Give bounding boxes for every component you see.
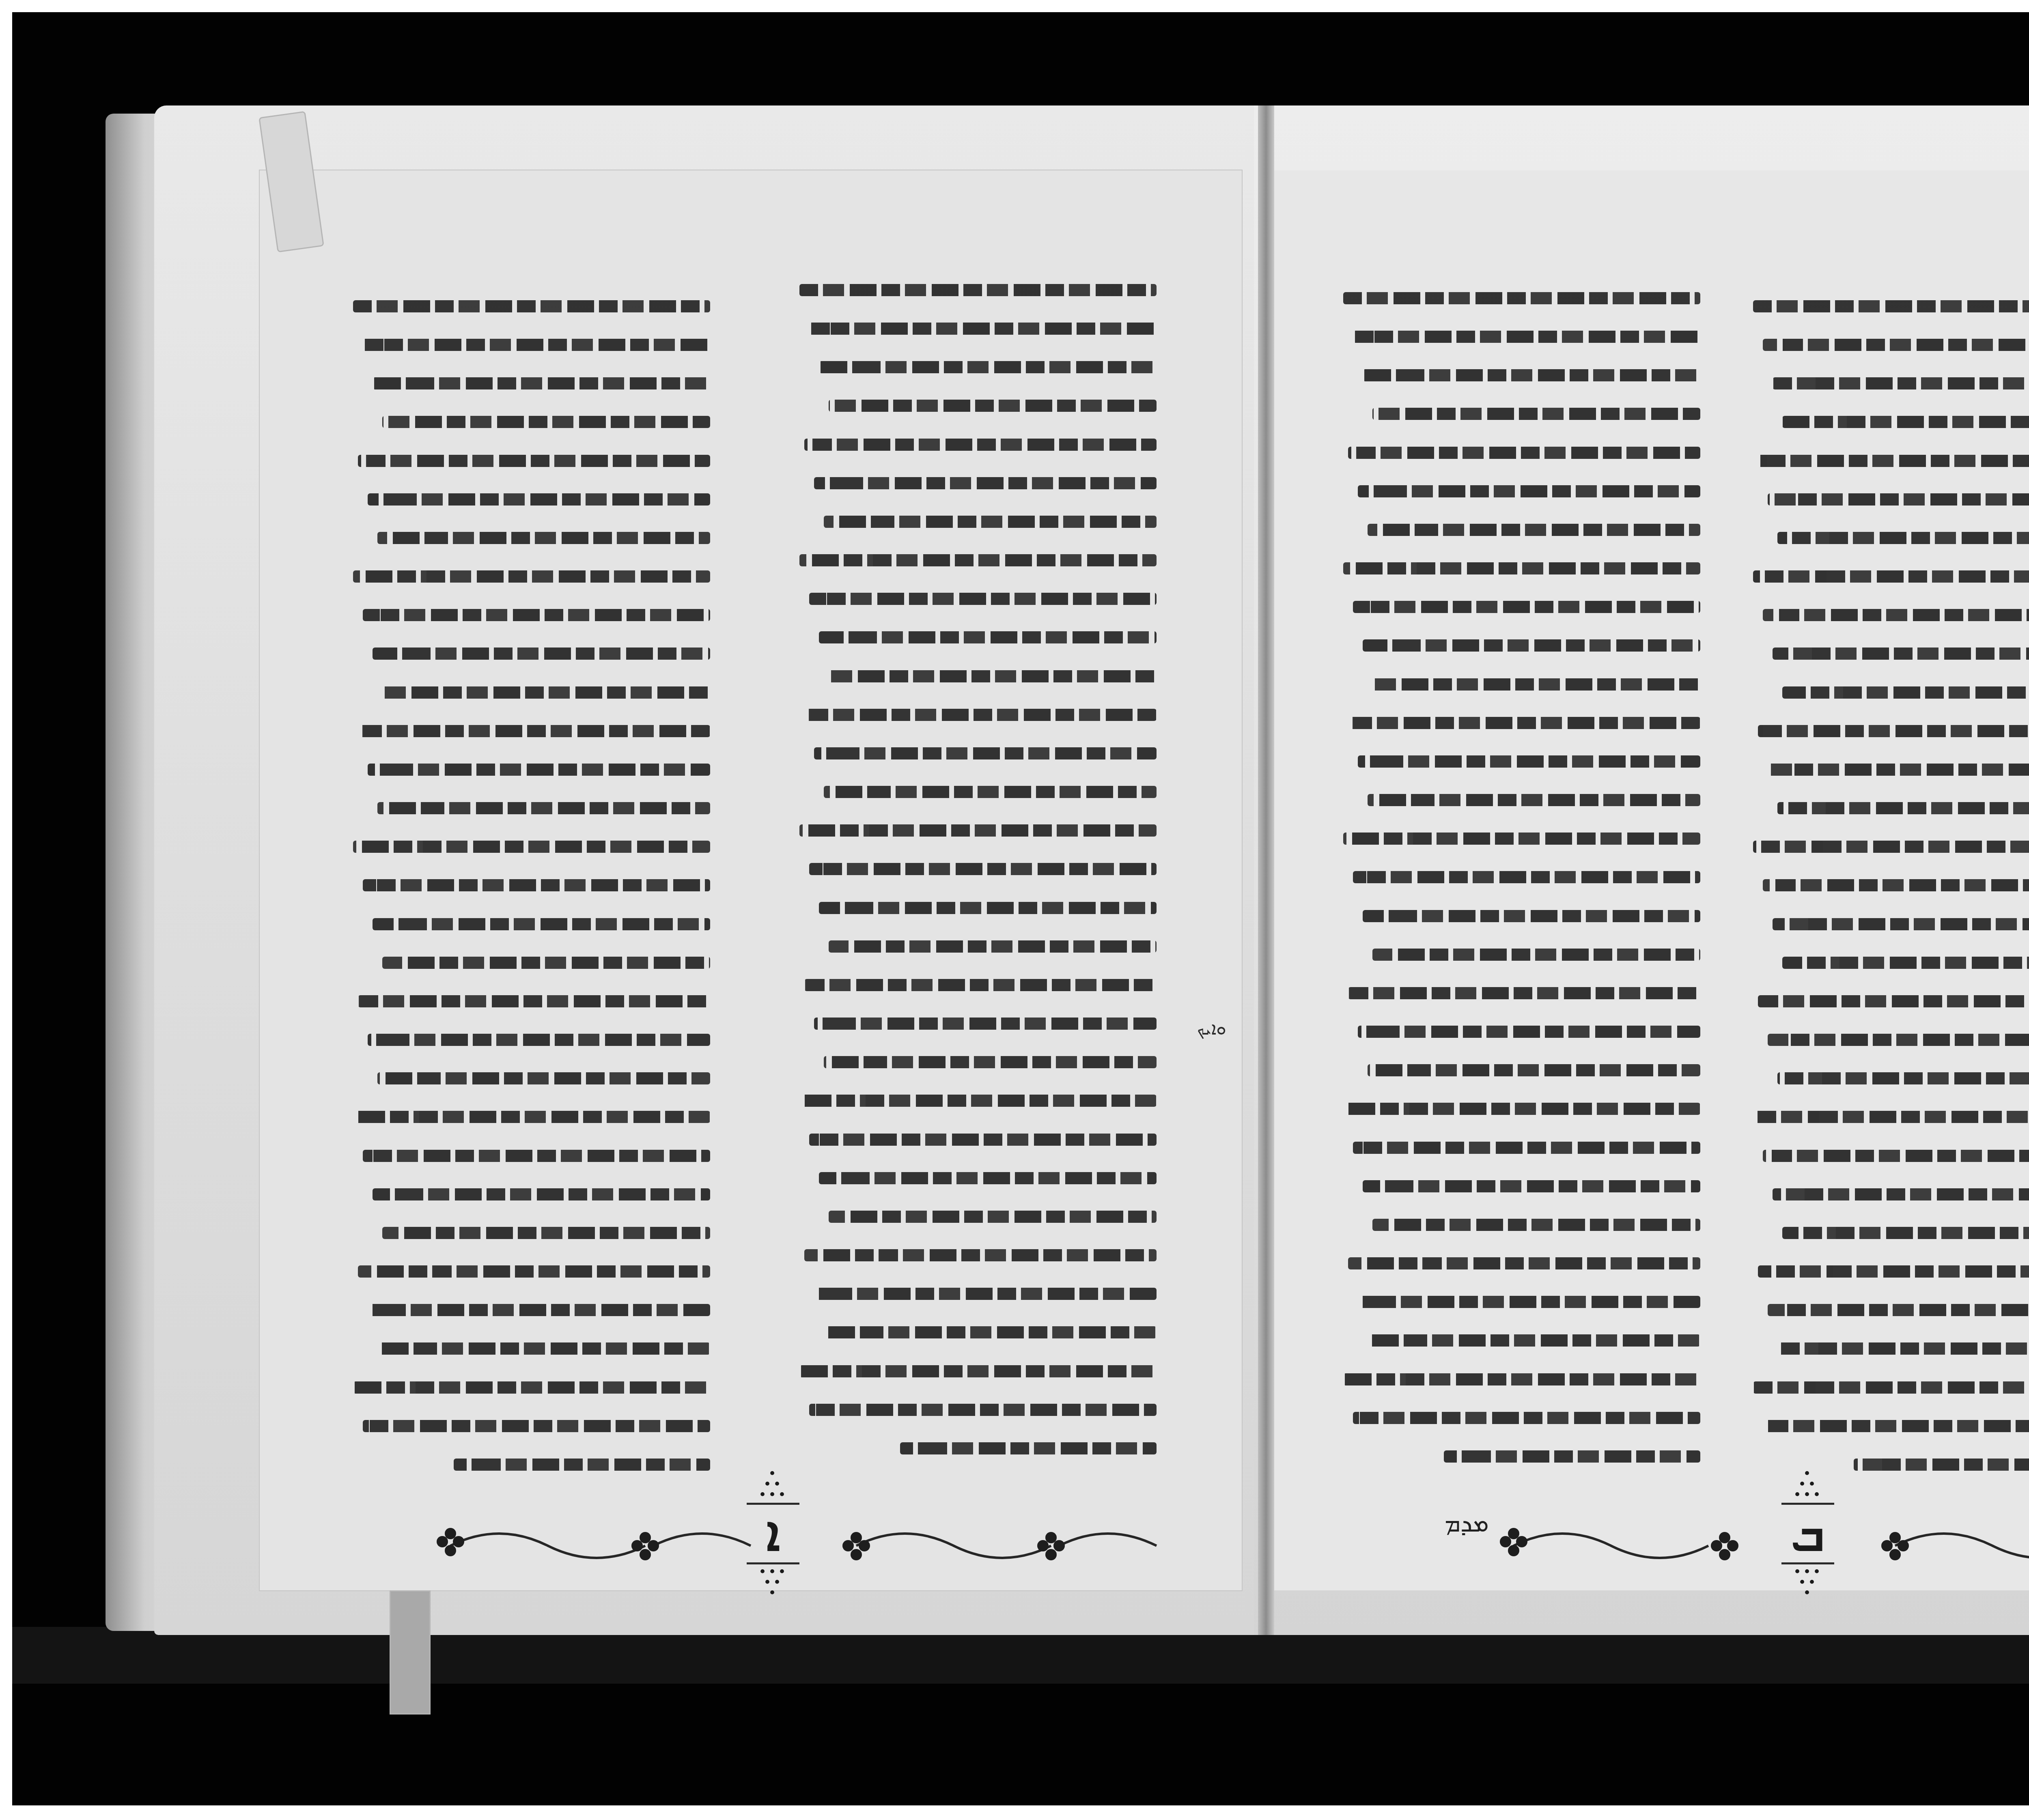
- script-line: [824, 786, 1157, 798]
- open-codex: •••••• ܐ •••••• •••••• ܒ ••••••: [93, 89, 2029, 1643]
- script-line: [814, 1018, 1157, 1030]
- script-line: [363, 1150, 710, 1162]
- script-line: [1758, 455, 2029, 467]
- script-line: [358, 725, 710, 737]
- script-line: [1353, 601, 1700, 613]
- script-line: [1768, 764, 2029, 776]
- script-line: [1773, 648, 2029, 660]
- script-line: [1763, 879, 2029, 891]
- script-line: [1353, 331, 1700, 343]
- script-line: [1777, 1072, 2029, 1084]
- script-line: [1353, 871, 1700, 883]
- script-line: [1372, 949, 1700, 961]
- right-page-outer-column: [1753, 300, 2029, 1497]
- script-line: [809, 323, 1157, 335]
- script-line: [799, 554, 1157, 566]
- script-line: [454, 1459, 710, 1471]
- script-line: [363, 1420, 710, 1432]
- script-line: [363, 879, 710, 891]
- right-vine-ornament: [1489, 1521, 2029, 1570]
- script-line: [1773, 1188, 2029, 1200]
- script-line: [1343, 562, 1700, 574]
- left-page-inner-column: [799, 284, 1157, 1481]
- script-line: [1372, 1219, 1700, 1231]
- script-line: [368, 1034, 710, 1046]
- script-line: [368, 1304, 710, 1316]
- script-line: [1363, 639, 1700, 652]
- script-line: [829, 940, 1157, 953]
- script-line: [1363, 369, 1700, 381]
- script-line: [353, 1111, 710, 1123]
- script-line: [804, 1249, 1157, 1261]
- right-page-catchword: ܡܕܡ: [1445, 1509, 1489, 1538]
- script-line: [358, 1265, 710, 1278]
- script-line: [353, 1381, 710, 1394]
- script-line: [1777, 802, 2029, 814]
- script-line: [1368, 524, 1700, 536]
- script-line: [373, 1188, 710, 1200]
- script-line: [1348, 717, 1700, 729]
- script-line: [804, 979, 1157, 991]
- script-line: [382, 416, 710, 428]
- script-line: [814, 477, 1157, 489]
- script-line: [382, 957, 710, 969]
- script-line: [373, 918, 710, 930]
- script-line: [900, 1442, 1157, 1454]
- script-line: [814, 1288, 1157, 1300]
- script-line: [1763, 609, 2029, 621]
- script-line: [799, 284, 1157, 296]
- script-line: [363, 339, 710, 351]
- script-line: [1773, 377, 2029, 389]
- script-line: [1777, 532, 2029, 544]
- script-line: [1358, 1026, 1700, 1038]
- script-line: [809, 863, 1157, 875]
- script-line: [799, 824, 1157, 837]
- script-line: [829, 670, 1157, 682]
- script-line: [1363, 910, 1700, 922]
- script-line: [1782, 686, 2029, 699]
- script-line: [1768, 1304, 2029, 1316]
- right-page-marginalia: ܐ ܒ ܓ ܕ ܗ ܘ ܙ ܚ ܛ ܝ ܟ ܠ ܡ ܢ ܣ ܥ ܦ ܨ ܩ ܪ …: [1717, 150, 2029, 333]
- script-line: [1358, 755, 1700, 768]
- script-line: [363, 609, 710, 621]
- script-line: [809, 1134, 1157, 1146]
- left-margin-note: ܘܐܝܟ: [1197, 1018, 1226, 1039]
- script-line: [809, 593, 1157, 605]
- bottom-left-page-clip: [390, 1590, 431, 1715]
- script-line: [373, 377, 710, 389]
- script-line: [1782, 957, 2029, 969]
- script-line: [1753, 841, 2029, 853]
- script-line: [1343, 1103, 1700, 1115]
- script-line: [1348, 447, 1700, 459]
- script-line: [829, 1211, 1157, 1223]
- script-line: [819, 1172, 1157, 1184]
- script-line: [1368, 1064, 1700, 1076]
- script-line: [1368, 1334, 1700, 1347]
- script-line: [358, 455, 710, 467]
- script-line: [1782, 1227, 2029, 1239]
- script-line: [804, 439, 1157, 451]
- script-line: [377, 532, 710, 544]
- script-line: [1753, 1111, 2029, 1123]
- script-line: [377, 802, 710, 814]
- script-line: [1372, 678, 1700, 691]
- script-line: [1353, 1142, 1700, 1154]
- script-line: [1753, 1381, 2029, 1394]
- script-line: [1363, 1180, 1700, 1192]
- script-line: [1444, 1450, 1700, 1463]
- script-line: [829, 400, 1157, 412]
- script-line: [1773, 918, 2029, 930]
- script-line: [358, 995, 710, 1007]
- script-line: [1348, 1257, 1700, 1269]
- script-line: [382, 686, 710, 699]
- script-line: [819, 902, 1157, 914]
- left-vine-ornament: [426, 1521, 1238, 1570]
- script-line: [814, 747, 1157, 759]
- script-line: [1768, 493, 2029, 506]
- script-line: [804, 709, 1157, 721]
- script-line: [824, 516, 1157, 528]
- script-line: [1372, 408, 1700, 420]
- script-line: [819, 361, 1157, 373]
- script-line: [1343, 1373, 1700, 1385]
- script-line: [377, 1342, 710, 1355]
- script-line: [824, 1056, 1157, 1068]
- script-line: [1348, 987, 1700, 999]
- script-line: [1758, 995, 2029, 1007]
- script-line: [1758, 725, 2029, 737]
- script-line: [1353, 1412, 1700, 1424]
- script-line: [1343, 833, 1700, 845]
- left-page-outer-column: [353, 300, 710, 1497]
- script-line: [799, 1365, 1157, 1377]
- script-line: [1763, 1150, 2029, 1162]
- book-gutter: [1258, 105, 1274, 1635]
- script-line: [1343, 292, 1700, 304]
- script-line: [1763, 1420, 2029, 1432]
- script-line: [824, 1326, 1157, 1338]
- script-line: [1368, 794, 1700, 806]
- script-line: [1358, 485, 1700, 497]
- script-line: [809, 1404, 1157, 1416]
- script-line: [353, 841, 710, 853]
- right-page-inner-column: [1343, 292, 1700, 1489]
- script-line: [368, 493, 710, 506]
- script-line: [368, 764, 710, 776]
- script-line: [1763, 339, 2029, 351]
- script-line: [382, 1227, 710, 1239]
- script-line: [353, 570, 710, 583]
- script-line: [1782, 416, 2029, 428]
- script-line: [1777, 1342, 2029, 1355]
- script-line: [1758, 1265, 2029, 1278]
- script-line: [373, 648, 710, 660]
- photo-frame: •••••• ܐ •••••• •••••• ܒ ••••••: [12, 12, 2029, 1805]
- script-line: [1358, 1296, 1700, 1308]
- script-line: [1753, 570, 2029, 583]
- script-line: [1854, 1459, 2029, 1471]
- script-line: [377, 1072, 710, 1084]
- script-line: [1768, 1034, 2029, 1046]
- script-line: [799, 1095, 1157, 1107]
- script-line: [353, 300, 710, 312]
- script-line: [819, 631, 1157, 643]
